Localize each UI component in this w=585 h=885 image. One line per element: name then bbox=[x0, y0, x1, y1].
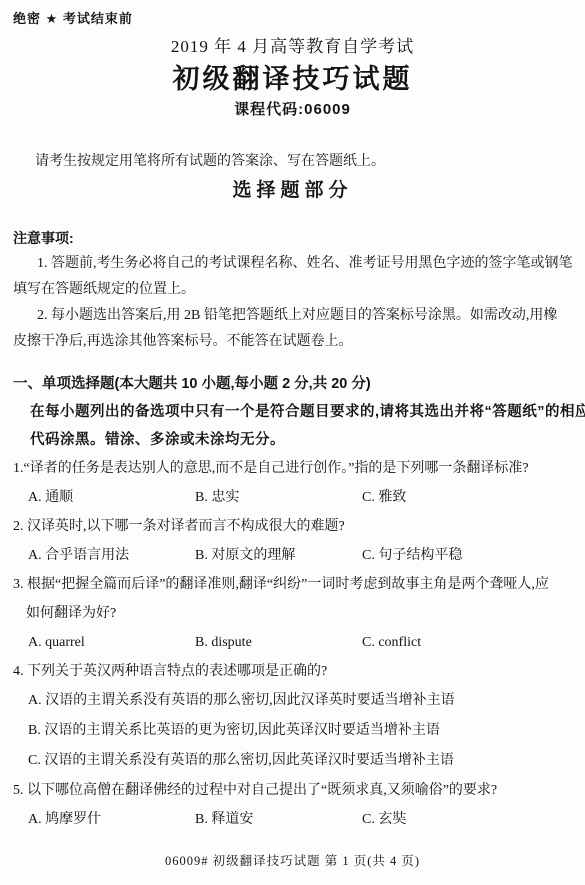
question-4-option-b: B. 汉语的主谓关系比英语的更为密切,因此英译汉时要适当增补主语 bbox=[13, 716, 572, 746]
exam-paper-page: 绝密 ★ 考试结束前 2019 年 4 月高等教育自学考试 初级翻译技巧试题 课… bbox=[0, 0, 585, 885]
paper-title: 初级翻译技巧试题 bbox=[13, 61, 572, 97]
question-2-stem: 2. 汉译英时,以下哪一条对译者而言不构成很大的难题? bbox=[13, 512, 572, 541]
question-2-options: A. 合乎语言用法 B. 对原文的理解 C. 句子结构平稳 bbox=[13, 541, 572, 570]
answer-sheet-instruction: 请考生按规定用笔将所有试题的答案涂、写在答题纸上。 bbox=[13, 149, 572, 175]
note-2-line-1: 2. 每小题选出答案后,用 2B 铅笔把答题纸上对应题目的答案标号涂黑。如需改动… bbox=[13, 303, 572, 329]
question-2-option-b: B. 对原文的理解 bbox=[195, 541, 362, 570]
question-4-option-c: C. 汉语的主谓关系没有英语的那么密切,因此英译汉时要适当增补主语 bbox=[13, 746, 572, 776]
notes-heading: 注意事项: bbox=[13, 225, 572, 251]
section-one-instruction-line-1: 在每小题列出的备选项中只有一个是符合题目要求的,请将其选出并将“答题纸”的相应 bbox=[13, 398, 572, 426]
question-5-option-b: B. 释道安 bbox=[195, 805, 362, 834]
question-2-option-c: C. 句子结构平稳 bbox=[362, 541, 462, 570]
note-2-line-2: 皮擦干净后,再选涂其他答案标号。不能答在试题卷上。 bbox=[13, 329, 572, 355]
question-5-stem: 5. 以下哪位高僧在翻译佛经的过程中对自己提出了“既须求真,又须喻俗”的要求? bbox=[13, 776, 572, 805]
page-footer: 06009# 初级翻译技巧试题 第 1 页(共 4 页) bbox=[0, 851, 585, 869]
exam-session-title: 2019 年 4 月高等教育自学考试 bbox=[13, 35, 572, 59]
question-4-stem: 4. 下列关于英汉两种语言特点的表述哪项是正确的? bbox=[13, 657, 572, 686]
question-1-options: A. 通顺 B. 忠实 C. 雅致 bbox=[13, 483, 572, 512]
question-3-stem-line-2: 如何翻译为好? bbox=[13, 599, 572, 628]
question-3-option-a: A. quarrel bbox=[28, 628, 195, 657]
question-1-option-c: C. 雅致 bbox=[362, 483, 406, 512]
question-5-option-c: C. 玄奘 bbox=[362, 805, 406, 834]
question-3-option-c: C. conflict bbox=[362, 628, 421, 657]
section-part-title: 选择题部分 bbox=[13, 178, 572, 204]
section-one-heading: 一、单项选择题(本大题共 10 小题,每小题 2 分,共 20 分) bbox=[13, 370, 572, 398]
question-1-option-b: B. 忠实 bbox=[195, 483, 362, 512]
question-4-option-a: A. 汉语的主谓关系没有英语的那么密切,因此汉译英时要适当增补主语 bbox=[13, 686, 572, 716]
section-one-instruction-line-2: 代码涂黑。错涂、多涂或未涂均无分。 bbox=[13, 426, 572, 454]
question-5-options: A. 鸠摩罗什 B. 释道安 C. 玄奘 bbox=[13, 805, 572, 834]
question-2-option-a: A. 合乎语言用法 bbox=[28, 541, 195, 570]
question-3-options: A. quarrel B. dispute C. conflict bbox=[13, 628, 572, 657]
question-3-option-b: B. dispute bbox=[195, 628, 362, 657]
question-5-option-a: A. 鸠摩罗什 bbox=[28, 805, 195, 834]
note-1-line-2: 填写在答题纸规定的位置上。 bbox=[13, 277, 572, 303]
question-1-stem: 1.“译者的任务是表达别人的意思,而不是自己进行创作。”指的是下列哪一条翻译标准… bbox=[13, 454, 572, 483]
question-1-option-a: A. 通顺 bbox=[28, 483, 195, 512]
classification-banner: 绝密 ★ 考试结束前 bbox=[13, 10, 572, 28]
note-1-line-1: 1. 答题前,考生务必将自己的考试课程名称、姓名、准考证号用黑色字迹的签字笔或钢… bbox=[13, 251, 572, 277]
course-code: 课程代码:06009 bbox=[13, 99, 572, 121]
question-3-stem-line-1: 3. 根据“把握全篇而后译”的翻译准则,翻译“纠纷”一词时考虑到故事主角是两个聋… bbox=[13, 570, 572, 599]
